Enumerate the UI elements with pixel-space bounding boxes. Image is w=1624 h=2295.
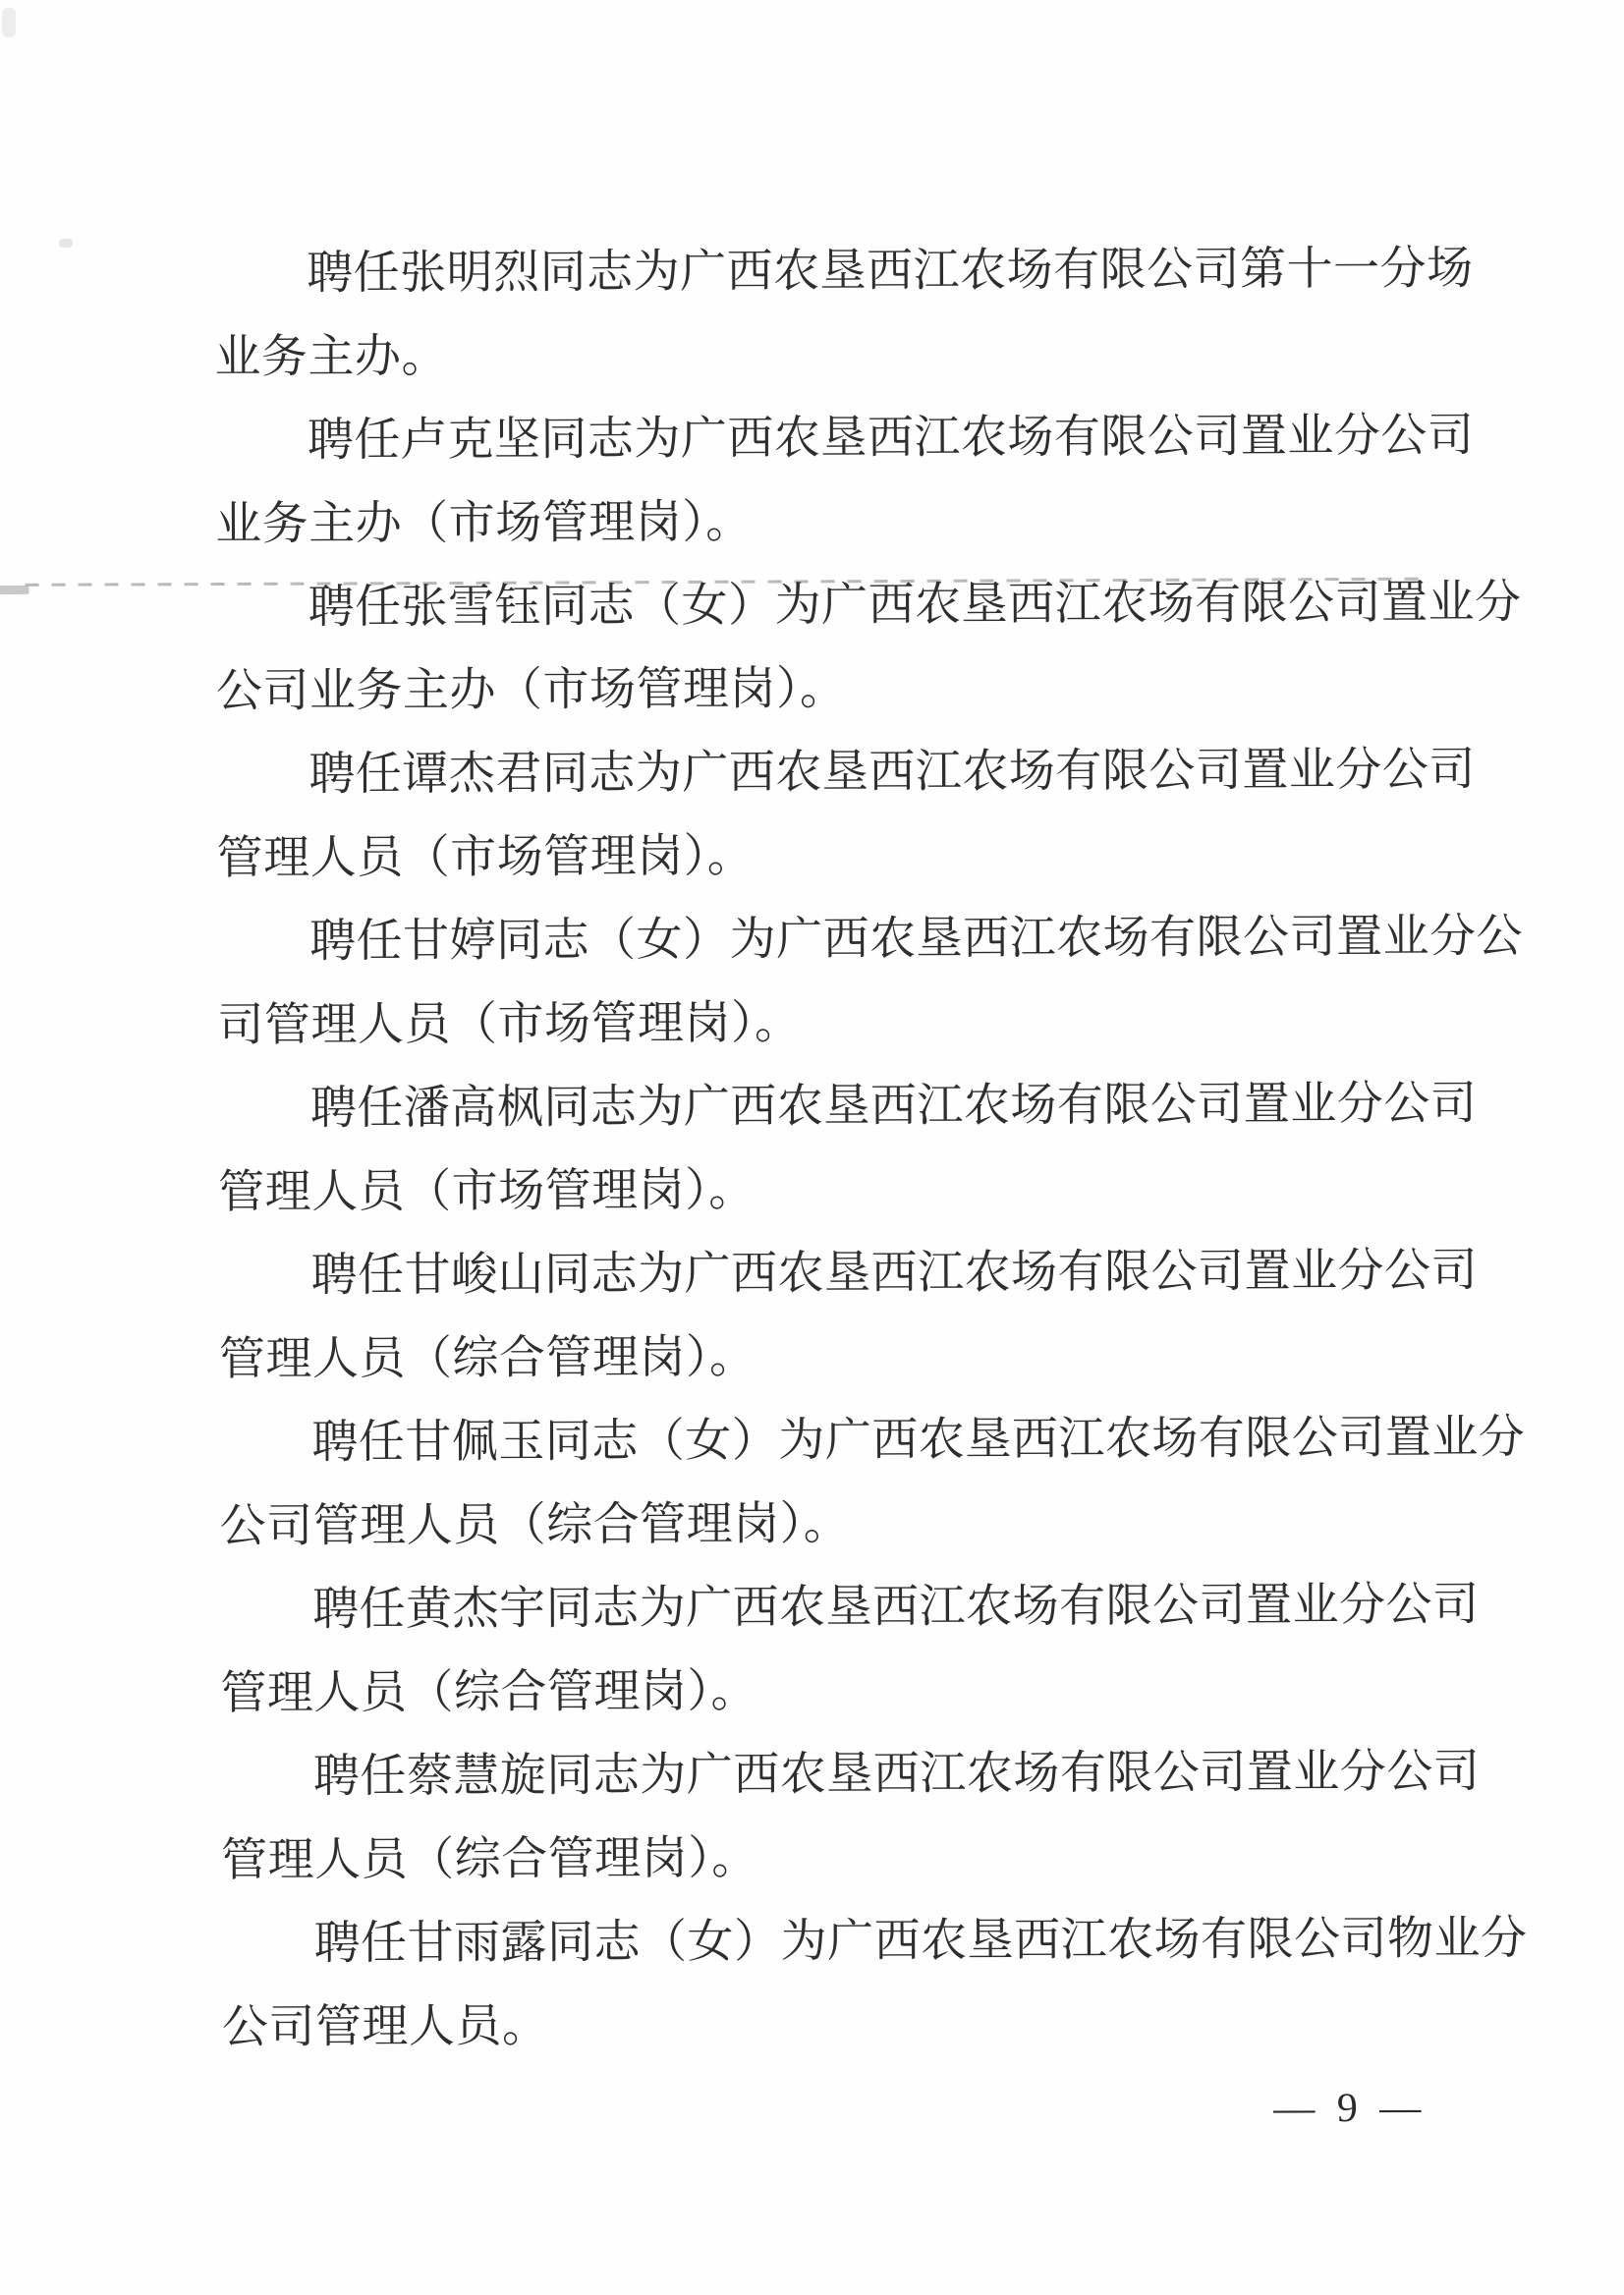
paragraph-line: 管理人员（市场管理岗）。 — [217, 812, 1480, 901]
paragraph-line: 聘任张明烈同志为广西农垦西江农场有限公司第十一分场 — [214, 227, 1477, 316]
appointment-paragraph: 聘任张明烈同志为广西农垦西江农场有限公司第十一分场 业务主办。 — [214, 227, 1478, 400]
appointment-paragraph: 聘任张雪钰同志（女）为广西农垦西江农场有限公司置业分 公司业务主办（市场管理岗）… — [215, 561, 1479, 734]
appointment-paragraph: 聘任黄杰宇同志为广西农垦西江农场有限公司置业分公司 管理人员（综合管理岗）。 — [220, 1563, 1484, 1736]
page-number: — 9 — — [1273, 2085, 1427, 2133]
paragraph-line: 公司管理人员（综合管理岗）。 — [220, 1480, 1483, 1569]
paragraph-line: 聘任卢克坚同志为广西农垦西江农场有限公司置业分公司 — [215, 394, 1478, 483]
paragraph-line: 聘任甘佩玉同志（女）为广西农垦西江农场有限公司置业分 — [219, 1396, 1482, 1485]
paragraph-line: 业务主办。 — [214, 310, 1477, 400]
paragraph-line: 聘任蔡慧旋同志为广西农垦西江农场有限公司置业分公司 — [221, 1730, 1484, 1819]
appointment-paragraph: 聘任卢克坚同志为广西农垦西江农场有限公司置业分公司 业务主办（市场管理岗）。 — [215, 394, 1479, 567]
paragraph-line: 聘任甘峻山同志为广西农垦西江农场有限公司置业分公司 — [218, 1229, 1481, 1318]
paragraph-line: 聘任谭杰君同志为广西农垦西江农场有限公司置业分公司 — [216, 728, 1479, 817]
paragraph-line: 司管理人员（市场管理岗）。 — [217, 979, 1480, 1068]
appointment-paragraph: 聘任甘雨露同志（女）为广西农垦西江农场有限公司物业分 公司管理人员。 — [221, 1897, 1484, 2070]
paragraph-line: 聘任张雪钰同志（女）为广西农垦西江农场有限公司置业分 — [215, 561, 1478, 650]
appointment-paragraph: 聘任潘高枫同志为广西农垦西江农场有限公司置业分公司 管理人员（市场管理岗）。 — [218, 1062, 1482, 1235]
paragraph-line: 聘任潘高枫同志为广西农垦西江农场有限公司置业分公司 — [218, 1062, 1481, 1151]
paragraph-line: 管理人员（综合管理岗）。 — [221, 1814, 1484, 1903]
paragraph-line: 管理人员（综合管理岗）。 — [219, 1313, 1482, 1402]
paragraph-line: 管理人员（市场管理岗）。 — [218, 1146, 1481, 1235]
document-body: 聘任张明烈同志为广西农垦西江农场有限公司第十一分场 业务主办。 聘任卢克坚同志为… — [214, 227, 1484, 2070]
appointment-paragraph: 聘任谭杰君同志为广西农垦西江农场有限公司置业分公司 管理人员（市场管理岗）。 — [216, 728, 1480, 901]
scan-artifact-mark — [0, 586, 29, 594]
scan-tilt-layer: 聘任张明烈同志为广西农垦西江农场有限公司第十一分场 业务主办。 聘任卢克坚同志为… — [0, 0, 1624, 2295]
paragraph-line: 业务主办（市场管理岗）。 — [215, 477, 1478, 567]
paragraph-line: 管理人员（综合管理岗）。 — [220, 1647, 1483, 1736]
appointment-paragraph: 聘任蔡慧旋同志为广西农垦西江农场有限公司置业分公司 管理人员（综合管理岗）。 — [221, 1730, 1484, 1903]
paragraph-line: 聘任甘婷同志（女）为广西农垦西江农场有限公司置业分公 — [217, 895, 1480, 984]
paragraph-line: 公司业务主办（市场管理岗）。 — [216, 644, 1479, 734]
appointment-paragraph: 聘任甘峻山同志为广西农垦西江农场有限公司置业分公司 管理人员（综合管理岗）。 — [218, 1229, 1482, 1402]
appointment-paragraph: 聘任甘佩玉同志（女）为广西农垦西江农场有限公司置业分 公司管理人员（综合管理岗）… — [219, 1396, 1483, 1569]
paragraph-line: 聘任甘雨露同志（女）为广西农垦西江农场有限公司物业分 — [221, 1897, 1484, 1987]
paragraph-line: 公司管理人员。 — [222, 1981, 1484, 2070]
scanned-document-page: 聘任张明烈同志为广西农垦西江农场有限公司第十一分场 业务主办。 聘任卢克坚同志为… — [0, 0, 1624, 2295]
appointment-paragraph: 聘任甘婷同志（女）为广西农垦西江农场有限公司置业分公 司管理人员（市场管理岗）。 — [217, 895, 1481, 1068]
paragraph-line: 聘任黄杰宇同志为广西农垦西江农场有限公司置业分公司 — [220, 1563, 1483, 1652]
